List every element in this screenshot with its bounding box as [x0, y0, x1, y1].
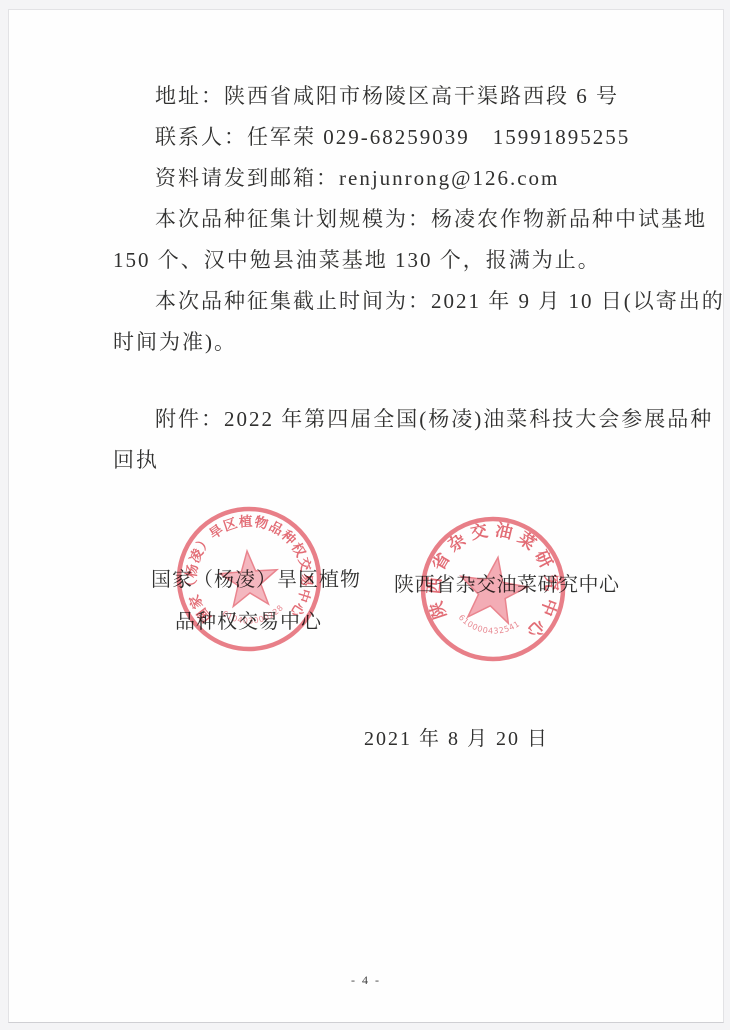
attachment-paragraph: 附件：2022 年第四届全国(杨凌)油菜科技大会参展品种 回执 [113, 399, 643, 481]
plan-scale-line-2: 150 个、汉中勉县油菜基地 130 个，报满为止。 [113, 240, 643, 281]
contact-line: 联系人：任军荣 029-68259039 15991895255 [113, 117, 643, 158]
attachment-line-1: 附件：2022 年第四届全国(杨凌)油菜科技大会参展品种 [113, 399, 643, 440]
body-paragraphs: 地址：陕西省咸阳市杨陵区高干渠路西段 6 号 联系人：任军荣 029-68259… [113, 76, 643, 363]
plan-scale-line-1: 本次品种征集计划规模为：杨凌农作物新品种中试基地 [113, 199, 643, 240]
deadline-line-2: 时间为准)。 [113, 322, 643, 363]
deadline-line-1: 本次品种征集截止时间为：2021 年 9 月 10 日(以寄出的 [113, 281, 643, 322]
page-number: - 4 - [336, 973, 396, 988]
signature-left-org: 国家（杨凌）旱区植物 品种权交易中心 [151, 559, 411, 643]
attachment-line-2: 回执 [113, 440, 643, 481]
email-line: 资料请发到邮箱：renjunrong@126.com [113, 158, 643, 199]
left-org-name-line-1: 国家（杨凌）旱区植物 [151, 559, 411, 601]
left-org-name-line-2: 品种权交易中心 [151, 601, 411, 643]
scanned-document-viewport: { "document": { "body_lines": [ {"text":… [0, 0, 730, 1030]
address-line: 地址：陕西省咸阳市杨陵区高干渠路西段 6 号 [113, 76, 643, 117]
scanned-page: 地址：陕西省咸阳市杨陵区高干渠路西段 6 号 联系人：任军荣 029-68259… [8, 9, 724, 1023]
right-org-name: 陕西省杂交油菜研究中心 [394, 564, 634, 606]
document-date: 2021 年 8 月 20 日 [364, 719, 549, 759]
signature-right-org: 陕西省杂交油菜研究中心 [394, 564, 634, 606]
